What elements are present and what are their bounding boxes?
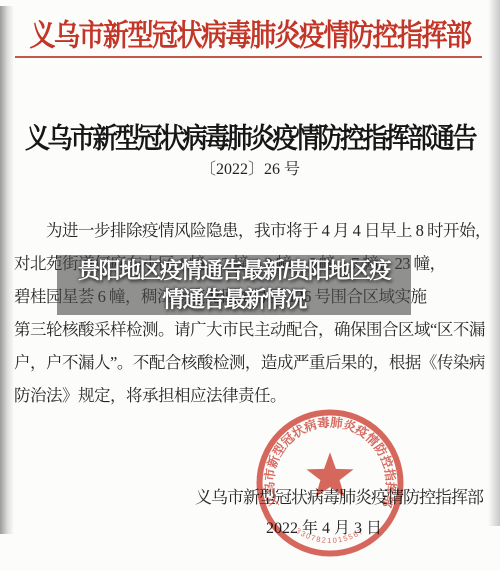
body-line: 第三轮核酸采样检测。请广大市民主动配合，确保围合区域“区不漏 <box>14 313 500 346</box>
notice-doc-number: 〔2022〕26 号 <box>0 156 500 179</box>
watermark-line: 贵阳地区疫情通告最新/贵阳地区疫 <box>78 256 390 285</box>
signature-date: 2022 年 4 月 3 日 <box>266 515 382 538</box>
body-line: 为进一步排除疫情风险隐患，我市将于 4 月 4 日早上 8 时开始， <box>14 214 500 247</box>
signature-org: 义乌市新型冠状病毒肺炎疫情防控指挥部 <box>195 483 483 508</box>
header-org-name: 义乌市新型冠状病毒肺炎疫情防控指挥部 <box>0 12 500 55</box>
header-divider <box>15 56 482 58</box>
notice-title: 义乌市新型冠状病毒肺炎疫情防控指挥部通告 <box>0 116 500 156</box>
body-line: 防治法》规定，将承担相应法律责任。 <box>14 379 500 412</box>
watermark-line: 情通告最新情况 <box>162 285 306 314</box>
notice-document: 义乌市新型冠状病毒肺炎疫情防控指挥部 义乌市新型冠状病毒肺炎疫情防控指挥部通告 … <box>0 0 500 570</box>
watermark-overlay: 贵阳地区疫情通告最新/贵阳地区疫 情通告最新情况 <box>57 255 411 315</box>
page-edge-shadow-left <box>0 6 14 534</box>
body-line: 户，户不漏人”。不配合核酸检测，造成严重后果的，根据《传染病 <box>14 346 500 379</box>
